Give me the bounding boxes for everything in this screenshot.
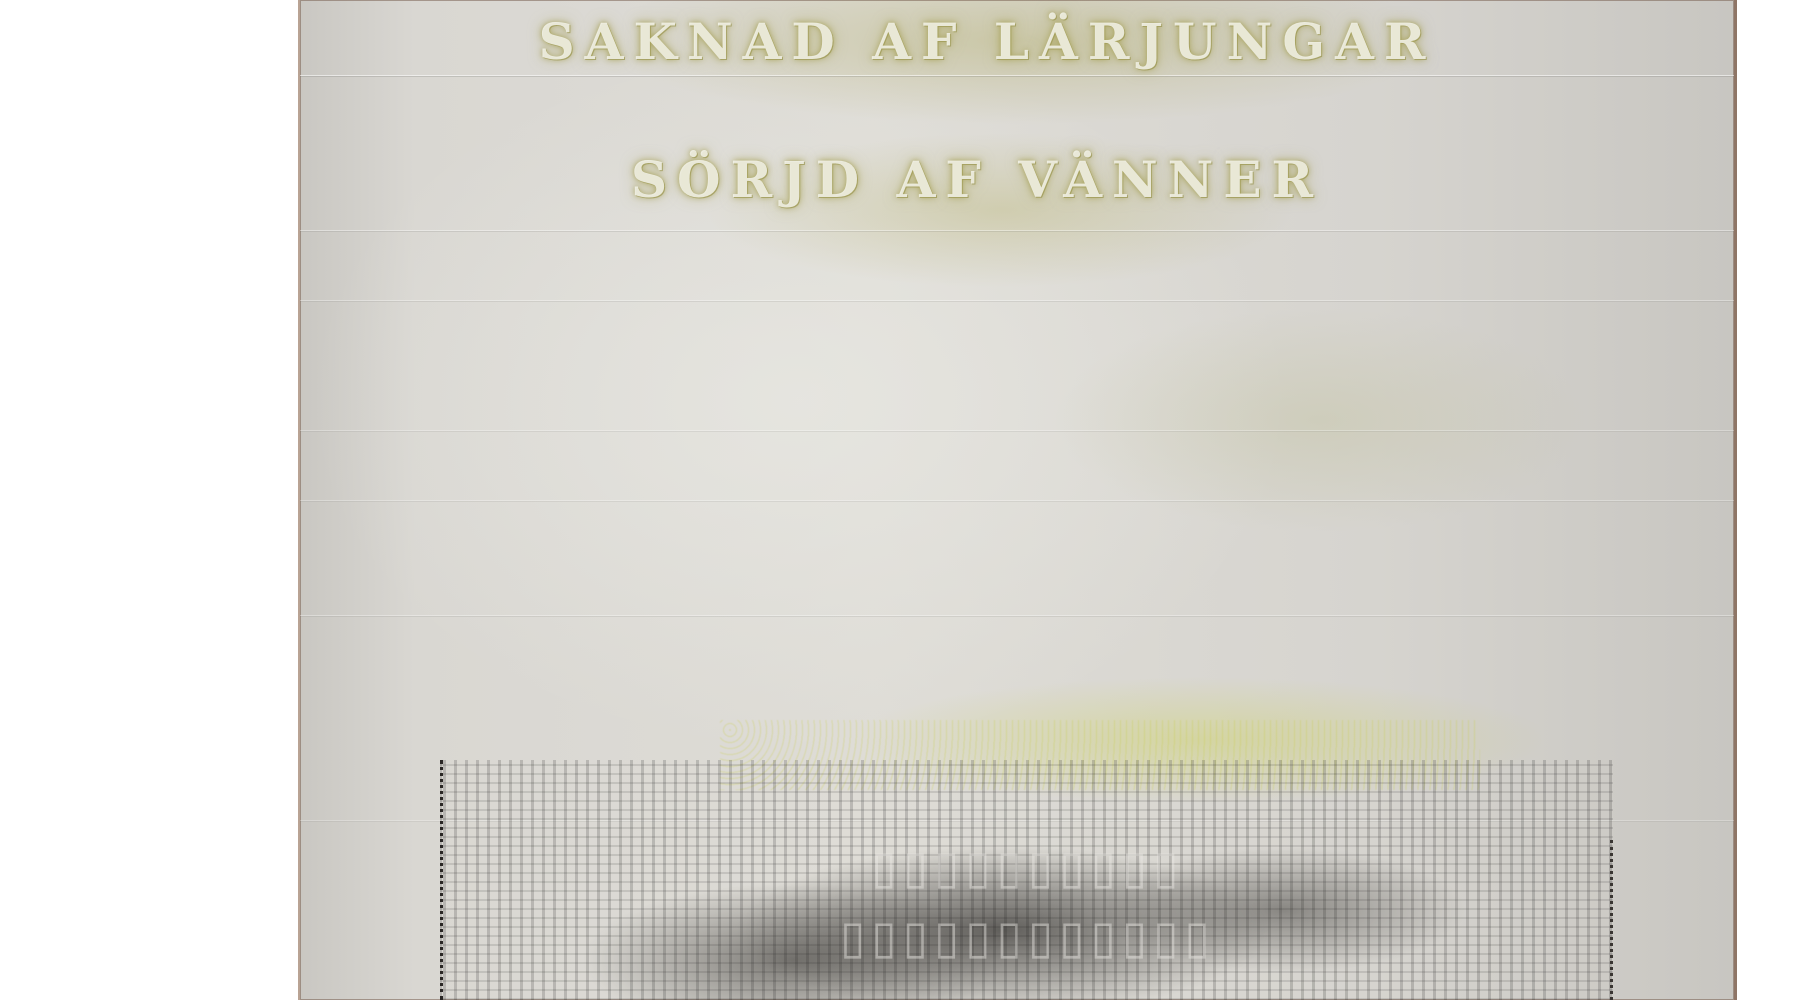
- rubbing-ghost-text-1: ▯▯▯▯▯▯▯▯▯▯: [443, 840, 1613, 894]
- paper-sheet: SAKNAD AF LÄRJUNGAR SÖRJD AF VÄNNER ▯▯▯▯…: [298, 0, 1737, 1000]
- charcoal-rubbing-block: ▯▯▯▯▯▯▯▯▯▯ ▯▯▯▯▯▯▯▯▯▯▯▯: [440, 760, 1613, 1000]
- paper-crease: [300, 430, 1734, 431]
- rubbing-ghost-text-2: ▯▯▯▯▯▯▯▯▯▯▯▯: [443, 910, 1613, 964]
- paper-crease: [300, 230, 1734, 231]
- image-canvas: SAKNAD AF LÄRJUNGAR SÖRJD AF VÄNNER ▯▯▯▯…: [0, 0, 1800, 1000]
- paper-crease: [300, 75, 1734, 76]
- paper-crease: [300, 300, 1734, 301]
- paper-crease: [300, 615, 1734, 616]
- rubbing-right-edge: [1607, 840, 1613, 1000]
- inscription-line-2: SÖRJD AF VÄNNER: [260, 150, 1694, 209]
- inscription-line-1: SAKNAD AF LÄRJUNGAR: [270, 12, 1704, 71]
- paper-crease: [300, 500, 1734, 501]
